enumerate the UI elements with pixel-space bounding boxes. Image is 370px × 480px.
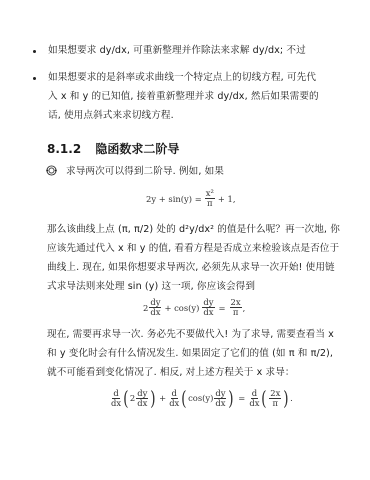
eq3-plus: + [159,393,166,403]
eq3-dy: dy [136,389,148,399]
eq3-equals: = [238,393,245,403]
paragraph-2-line: 就不可能看到变化情况了. 相反, 对上述方程关于 x 求导： [47,367,295,379]
eq3-ddx-2: d dx [169,389,179,408]
eq2-rhs-fraction: 2x π [230,298,242,317]
eq3-cos: cos(y) [188,393,213,403]
eq2-coef: 2 [143,303,148,313]
eq3-paren-open: ( [181,388,186,408]
section-heading: 8.1.2 隐函数求二阶导 [47,140,179,157]
bullet-marker [33,50,36,53]
eq3-dx: dx [215,399,225,408]
eq3-paren-open: ( [123,388,128,408]
eq1-den: π [207,199,213,208]
paragraph-1-line: 式求导法则来处理 sin (y) 这一项, 你应该会得到 [47,281,255,293]
paragraph-1-line: 应该先通过代入 x 和 y 的值, 看看方程是否成立来检验该点是否位于 [47,243,339,255]
document-page: 如果想要求 dy/dx, 可重新整理并作除法来求解 dy/dx; 不过 如果想要… [0,0,370,480]
bullet-item-1: 如果想要求 dy/dx, 可重新整理并作除法来求解 dy/dx; 不过 [48,45,306,57]
bullet-item-2-line-2: 入 x 和 y 的已知值, 接着重新整理并求 dy/dx, 然后如果需要的 [48,91,319,103]
eq3-paren-close: ) [229,388,234,408]
eq3-paren-open: ( [262,388,267,408]
eq3-rhs-num: 2x [269,389,281,399]
bullet-item-2-line-1: 如果想要求的是斜率或求曲线一个特定点上的切线方程, 可先代 [48,72,316,84]
eq3-dydx-2: dy dx [214,389,226,408]
eq3-ddx-3: d dx [249,389,259,408]
bullet-item-2-line-3: 话, 使用点斜式来求切线方程. [48,110,174,122]
intro-text: 求导两次可以得到二阶导. 例如, 如果 [66,166,224,178]
target-icon [46,165,57,176]
eq3-d: d [171,389,178,399]
eq3-dx: dx [249,399,259,408]
equation-3: d dx ( 2 dy dx ) + d dx ( cos(y) dy dx )… [110,388,293,408]
paragraph-2-line: 和 y 变化时会有什么情况发生. 如果固定了它们的值 (如 π 和 π/2), [47,348,333,360]
eq3-rhs-den: π [273,399,279,408]
eq2-dydx-2: dy dx [202,298,214,317]
eq2-cos-term: + cos(y) [164,303,199,313]
eq3-end: . [290,393,293,403]
eq1-fraction: x² π [205,189,215,208]
eq3-d: d [112,389,119,399]
equation-1: 2y + sin(y) = x² π + 1, [146,189,235,208]
paragraph-1-line: 曲线上. 现在, 如果你想要求导两次, 必须先从求导一次开始! 使用链 [47,262,335,274]
eq2-equals: = [219,303,226,313]
eq3-dx: dx [169,399,179,408]
section-title: 隐函数求二阶导 [95,142,179,156]
eq3-paren-close: ) [151,388,156,408]
paragraph-1-line: 那么该曲线上点 (π, π/2) 处的 d²y/dx² 的值是什么呢？再一次地,… [47,224,340,236]
eq3-paren-close: ) [283,388,288,408]
eq2-rhs-den: π [233,308,239,317]
eq3-dx: dx [137,399,147,408]
eq2-den: dx [203,308,213,317]
eq1-rhs: + 1, [218,194,236,204]
paragraph-2-line: 现在, 需要再求导一次. 务必先不要做代入! 为了求导, 需要查看当 x [47,329,334,341]
section-number: 8.1.2 [47,142,81,156]
eq3-dx: dx [111,399,121,408]
eq3-dydx-1: dy dx [136,389,148,408]
equation-2: 2 dy dx + cos(y) dy dx = 2x π , [143,298,245,317]
eq1-lhs: 2y + sin(y) = [146,194,202,204]
eq2-dydx-1: dy dx [149,298,161,317]
eq3-d: d [251,389,258,399]
eq3-dy: dy [214,389,226,399]
eq3-coef: 2 [130,393,135,403]
eq3-rhs-fraction: 2x π [269,389,281,408]
eq2-den: dx [150,308,160,317]
eq2-end: , [243,303,246,313]
bullet-marker [33,77,36,80]
eq3-ddx-1: d dx [111,389,121,408]
